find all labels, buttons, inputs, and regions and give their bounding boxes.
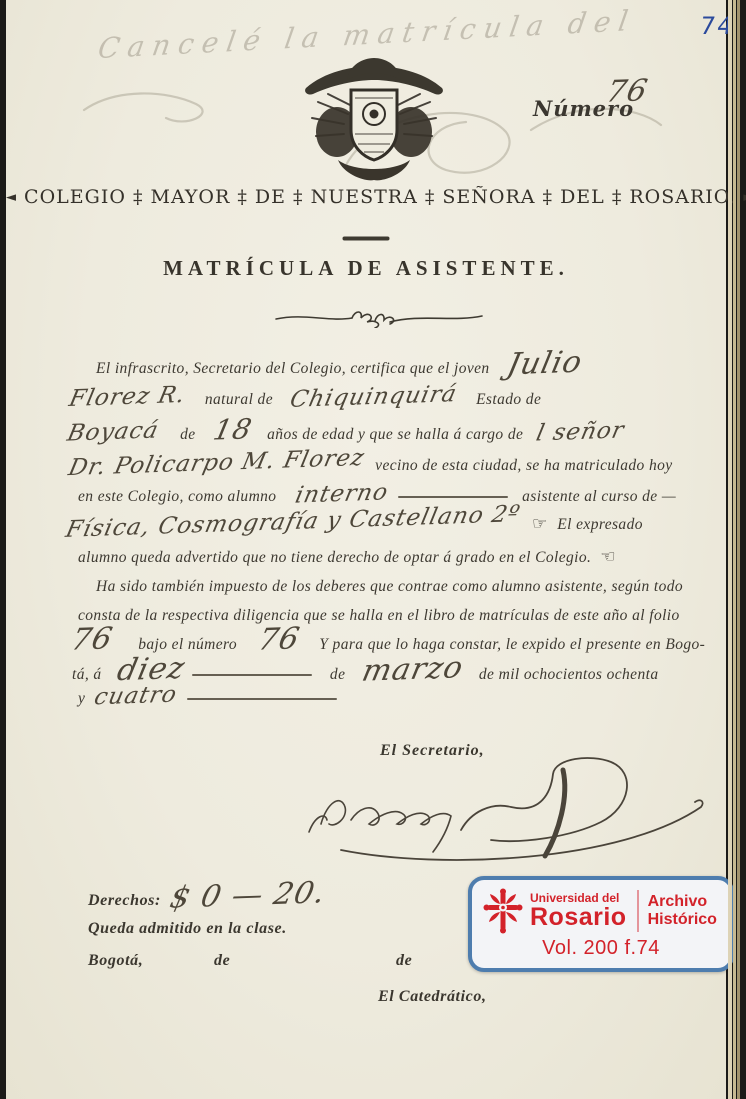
- handwritten-student-type: interno: [294, 480, 392, 507]
- badge-volume-folio: Vol. 200 f.74: [472, 937, 730, 960]
- handwritten-student-first-name: Julio: [505, 351, 584, 378]
- body-line-2: Florez R. natural de Chiquinquirá Estado…: [78, 385, 670, 415]
- body-line-9: consta de la respectiva diligencia que s…: [78, 601, 670, 631]
- pen-rule: [192, 674, 312, 676]
- derechos-row: Derechos: $ 0 — 20.: [88, 884, 324, 910]
- badge-archive-line2: Histórico: [648, 911, 717, 929]
- printed-text: en este Colegio, como alumno: [78, 488, 276, 505]
- body-line-4: Dr. Policarpo M. Florez vecino de esta c…: [78, 451, 670, 481]
- college-title: COLEGIO ‡ MAYOR ‡ DE ‡ NUESTRA ‡ SEÑORA …: [24, 186, 736, 208]
- printed-text: de: [180, 426, 195, 443]
- manicule-left-icon: ☜: [600, 547, 615, 567]
- city-label: Bogotá,: [88, 952, 143, 970]
- badge-archive-name: Archivo Histórico: [648, 893, 717, 930]
- badge-top-row: Universidad del Rosario Archivo Históric…: [482, 887, 722, 935]
- manicule-right-icon: ☞: [532, 514, 547, 534]
- college-crest-icon: [292, 52, 456, 184]
- badge-divider: [637, 890, 639, 932]
- printed-text: Ha sido también impuesto de los deberes …: [96, 578, 683, 595]
- ornamental-divider: [274, 308, 484, 328]
- title-ornament-left-icon: ◄: [6, 190, 17, 205]
- pen-rule: [398, 496, 508, 498]
- handwritten-day: diez: [115, 657, 187, 683]
- date-de-1: de: [214, 952, 230, 970]
- badge-university-name: Universidad del Rosario: [530, 892, 627, 930]
- body-line-12: y cuatro: [78, 684, 670, 714]
- body-line-8: Ha sido también impuesto de los deberes …: [78, 572, 670, 602]
- printed-text: El expresado: [557, 516, 643, 533]
- badge-university-line2: Rosario: [530, 905, 627, 930]
- printed-text: tá, á: [72, 666, 102, 683]
- printed-text: alumno queda advertido que no tiene dere…: [78, 549, 591, 566]
- handwritten-guardian-intro: l señor: [534, 418, 627, 445]
- archive-badge: Universidad del Rosario Archivo Históric…: [468, 876, 734, 972]
- derechos-value: $ 0 — 20.: [168, 881, 328, 910]
- printed-text: El infrascrito, Secretario del Colegio, …: [96, 360, 490, 377]
- admitted-note: Queda admitido en la clase.: [88, 920, 287, 938]
- title-divider: [343, 237, 389, 240]
- college-title-row: ◄ COLEGIO ‡ MAYOR ‡ DE ‡ NUESTRA ‡ SEÑOR…: [6, 186, 726, 208]
- book-page-edge: [737, 0, 740, 1099]
- handwritten-year-word: cuatro: [92, 683, 179, 710]
- printed-text: consta de la respectiva diligencia que s…: [78, 607, 680, 624]
- badge-archive-line1: Archivo: [648, 893, 717, 911]
- secretary-signature: [301, 752, 711, 870]
- numero-value: 76: [604, 79, 650, 104]
- body-line-1: El infrascrito, Secretario del Colegio, …: [78, 352, 670, 384]
- printed-text: Estado de: [476, 391, 541, 408]
- body-line-6: Física, Cosmografía y Castellano 2º ☞ El…: [78, 510, 670, 540]
- body-line-3: Boyacá de 18 años de edad y que se halla…: [78, 418, 670, 450]
- handwritten-month: marzo: [360, 656, 465, 683]
- printed-text: asistente al curso de —: [522, 488, 676, 505]
- derechos-label: Derechos:: [88, 892, 161, 909]
- body-line-7: alumno queda advertido que no tiene dere…: [78, 543, 670, 573]
- handwritten-number: 76: [256, 627, 302, 652]
- book-page-edge: [733, 0, 736, 1099]
- printed-text: vecino de esta ciudad, se ha matriculado…: [375, 457, 672, 474]
- book-page-edge: [728, 0, 732, 1099]
- handwritten-birthplace: Chiquinquirá: [288, 382, 460, 412]
- handwritten-folio: 76: [69, 627, 115, 652]
- handwritten-guardian-name: Dr. Policarpo M. Florez: [66, 446, 367, 480]
- rosario-crest-icon: [482, 888, 524, 934]
- printed-text: de mil ochocientos ochenta: [479, 666, 659, 683]
- handwritten-student-surname: Florez R.: [67, 383, 188, 411]
- printed-text: natural de: [205, 391, 273, 408]
- handwritten-state: Boyacá: [65, 418, 161, 445]
- printed-text: Y para que lo haga constar, le expido el…: [319, 636, 705, 653]
- document-subtitle: MATRÍCULA DE ASISTENTE.: [6, 256, 726, 281]
- handwritten-age: 18: [211, 417, 254, 442]
- date-de-2: de: [396, 952, 412, 970]
- pen-rule: [187, 698, 337, 700]
- document-page: Cancelé la matrícula del 74: [6, 0, 726, 1099]
- printed-text: de: [330, 666, 345, 683]
- printed-text: y: [78, 690, 85, 707]
- catedratico-label: El Catedrático,: [378, 988, 487, 1006]
- printed-text: años de edad y que se halla á cargo de: [267, 426, 523, 443]
